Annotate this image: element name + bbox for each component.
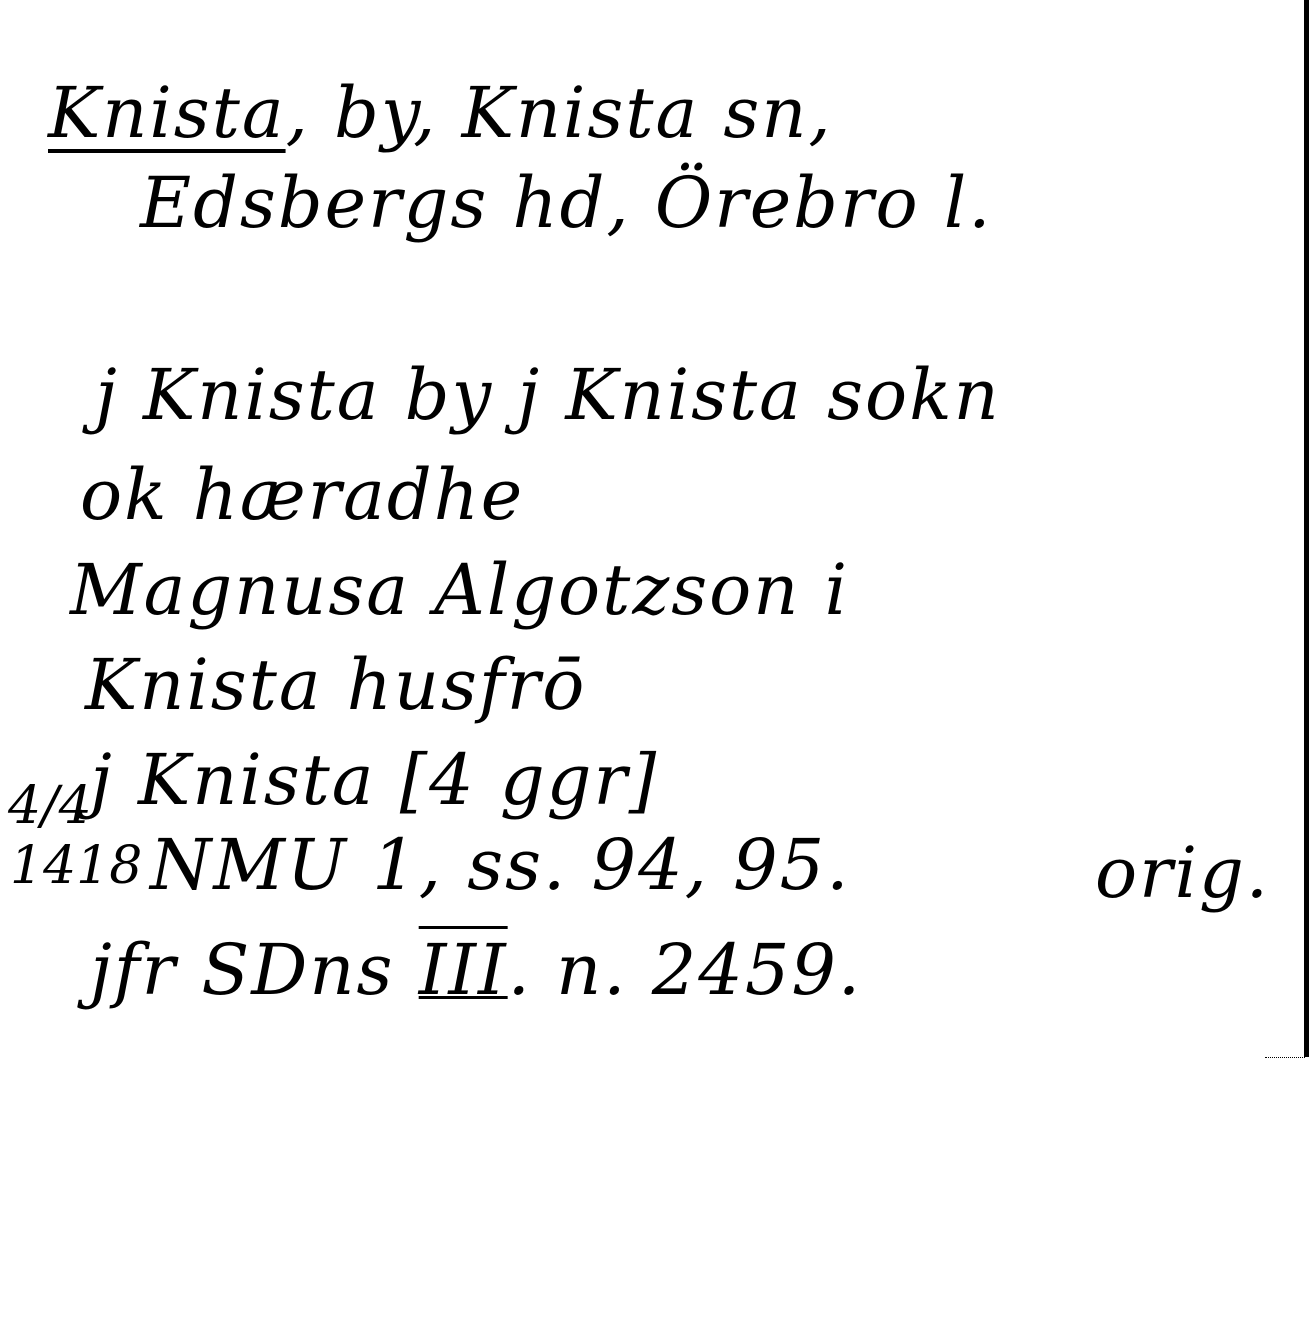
quote-line-5: j Knista [4 ggr]: [90, 745, 658, 815]
compare-volume: III: [419, 929, 508, 1011]
heading-line: Knista, by, Knista sn,: [48, 78, 833, 148]
heading-place-description: , by, Knista sn,: [286, 72, 833, 154]
index-card: Knista, by, Knista sn, Edsbergs hd, Öreb…: [0, 0, 1309, 1057]
quote-line-4: Knista husfrō: [85, 650, 586, 720]
quote-line-3: Magnusa Algotzson i: [70, 555, 849, 625]
card-edge: [1265, 1057, 1305, 1058]
location-line: Edsbergs hd, Örebro l.: [140, 168, 993, 238]
date-year: 1418: [10, 840, 142, 892]
quote-line-2: ok hæradhe: [80, 460, 524, 530]
quote-line-1: j Knista by j Knista sokn: [95, 360, 1001, 430]
compare-reference: jfr SDns III. n. 2459.: [90, 935, 862, 1005]
source-status: orig.: [1095, 838, 1270, 908]
heading-place-name: Knista: [48, 72, 286, 154]
compare-prefix: jfr SDns: [90, 929, 394, 1011]
date-day-month: 4/4: [8, 780, 92, 832]
compare-suffix: . n. 2459.: [508, 929, 862, 1011]
source-reference: NMU 1, ss. 94, 95.: [150, 830, 850, 900]
